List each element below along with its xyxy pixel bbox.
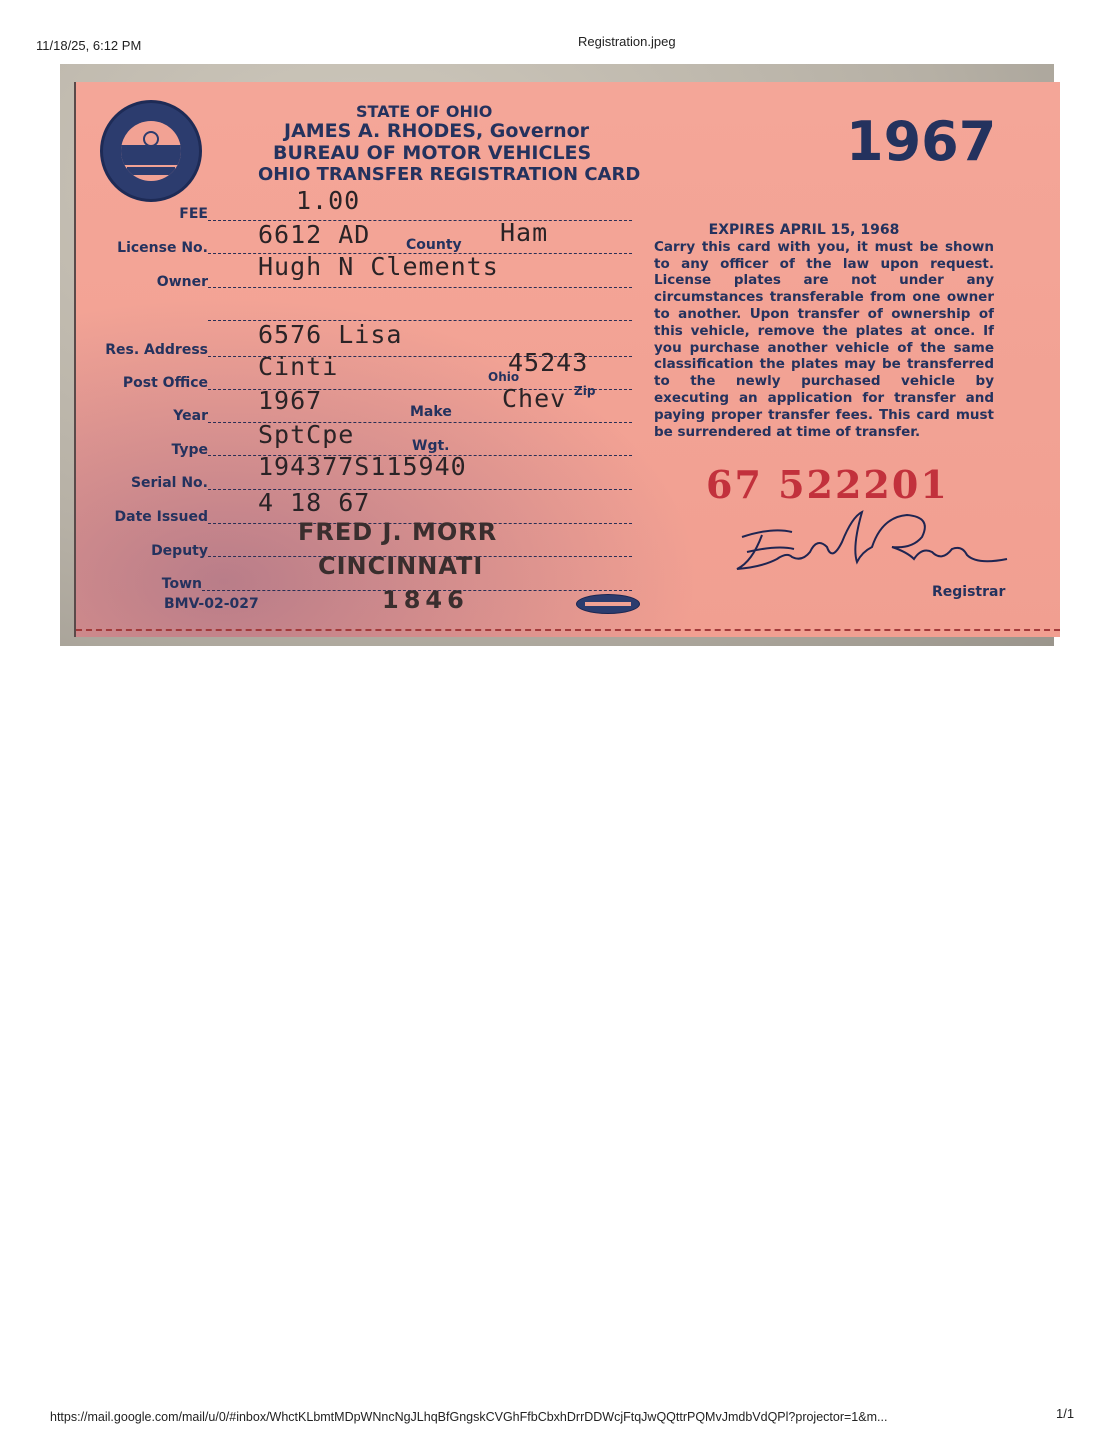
type-label: Type: [116, 442, 208, 458]
vehicle-year-value: 1967: [258, 386, 322, 415]
deputy-stamp: FRED J. MORR: [298, 518, 497, 546]
card-header-state: STATE OF OHIO: [356, 102, 492, 121]
serial-no-value: 194377S115940: [258, 452, 467, 481]
agency-number: 1846: [382, 586, 469, 614]
vehicle-year-label: Year: [116, 408, 208, 424]
make-label: Make: [410, 404, 452, 420]
card-header-bureau: BUREAU OF MOTOR VEHICLES: [273, 142, 591, 164]
registrar-signature: [732, 507, 1012, 587]
card-number: 67 522201: [706, 462, 949, 507]
license-no-value: 6612 AD: [258, 220, 370, 249]
post-office-label: Post Office: [86, 375, 208, 391]
post-office-value: Cinti: [258, 352, 338, 381]
date-issued-label: Date Issued: [86, 509, 208, 525]
print-page-number: 1/1: [1056, 1406, 1074, 1421]
registrar-label: Registrar: [932, 584, 1005, 600]
instructions-block: EXPIRES APRIL 15, 1968 Carry this card w…: [654, 222, 994, 440]
print-filename: Registration.jpeg: [578, 34, 676, 49]
expiration-date: EXPIRES APRIL 15, 1968: [614, 222, 994, 239]
perforation-line: [76, 629, 1060, 631]
great-seal-of-ohio-icon: [100, 100, 202, 202]
res-address-label: Res. Address: [86, 342, 208, 358]
fee-label: FEE: [116, 206, 208, 222]
make-value: Chev: [502, 384, 566, 413]
zip-label: Zip: [574, 384, 595, 398]
license-no-label: License No.: [86, 240, 208, 256]
fee-value: 1.00: [296, 186, 360, 215]
instructions-text: Carry this card with you, it must be sho…: [654, 239, 994, 441]
zip-value: 45243: [508, 348, 588, 377]
owner-label: Owner: [116, 274, 208, 290]
card-header-card-type: OHIO TRANSFER REGISTRATION CARD: [258, 164, 640, 185]
county-label: County: [406, 237, 462, 253]
serial-no-label: Serial No.: [86, 475, 208, 491]
registration-year: 1967: [846, 110, 996, 173]
form-number: BMV-02-027: [164, 596, 259, 612]
date-issued-value: 4 18 67: [258, 488, 370, 517]
res-address-value: 6576 Lisa: [258, 320, 402, 349]
owner-value: Hugh N Clements: [258, 252, 499, 281]
print-footer-url: https://mail.google.com/mail/u/0/#inbox/…: [50, 1410, 887, 1424]
owner-line: [208, 287, 632, 288]
town-stamp: CINCINNATI: [318, 552, 483, 580]
county-value: Ham: [500, 218, 548, 247]
registration-card: STATE OF OHIO JAMES A. RHODES, Governor …: [74, 82, 1060, 637]
card-header-governor: JAMES A. RHODES, Governor: [284, 120, 589, 142]
type-value: SptCpe: [258, 420, 354, 449]
deputy-label: Deputy: [116, 543, 208, 559]
union-bug-icon: [576, 594, 640, 614]
town-label: Town: [116, 576, 202, 592]
print-datetime: 11/18/25, 6:12 PM: [36, 38, 141, 53]
